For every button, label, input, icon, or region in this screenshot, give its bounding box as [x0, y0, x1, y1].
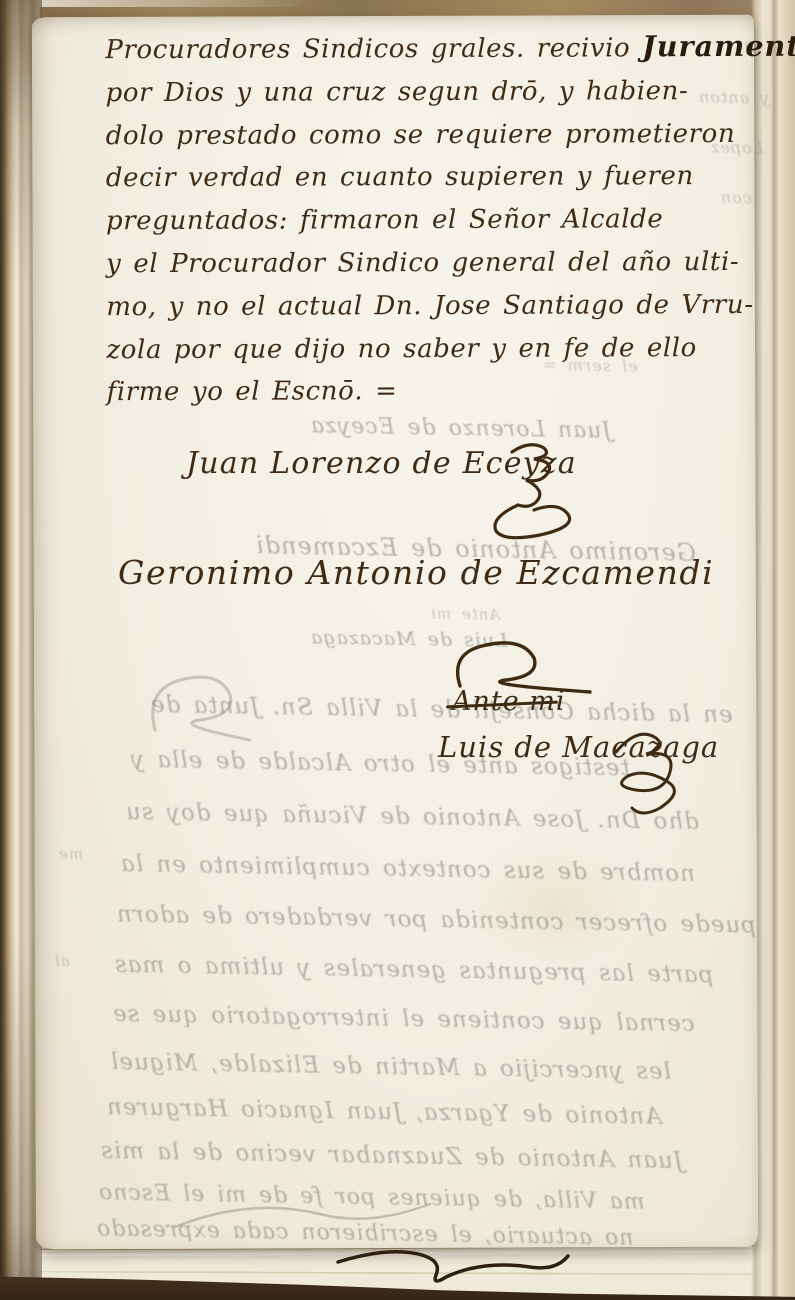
text-line: preguntados: firmaron el Señor Alcalde — [106, 198, 778, 243]
next-page-flourish — [330, 1242, 580, 1292]
text-line-start: Procuradores Sindicos grales. recivio — [105, 33, 642, 65]
bleedthrough-fragment: al — [54, 952, 70, 970]
emphasized-word: Juramento — [642, 29, 795, 64]
text-line: decir verdad en cuanto supieren y fueren — [106, 155, 778, 200]
bleedthrough-fragment: me — [58, 845, 83, 863]
body-text: Procuradores Sindicos grales. recivio Ju… — [105, 25, 778, 415]
bleedthrough-flourish — [140, 660, 260, 750]
signature-geronimo-antonio-de-ezcamendi: Geronimo Antonio de Ezcamendi — [118, 553, 714, 592]
text-line: y el Procurador Sindico general del año … — [106, 241, 778, 286]
manuscript-photo: { "document": { "kind": "Handwritten Spa… — [0, 0, 795, 1300]
rubric-flourish-macazaga — [602, 722, 712, 822]
text-line: zola por que dijo no saber y en fe de el… — [106, 326, 778, 371]
rubric-flourish-eceyza — [492, 438, 612, 548]
text-line: dolo prestado como se requiere prometier… — [106, 112, 778, 157]
bleedthrough-swash — [170, 1192, 440, 1237]
text-line: Procuradores Sindicos grales. recivio Ju… — [105, 25, 777, 72]
text-line: mo, y no el actual Dn. Jose Santiago de … — [106, 284, 778, 329]
text-line: por Dios y una cruz segun drō, y habien- — [105, 70, 777, 115]
text-line: firme yo el Escnō. = — [107, 369, 779, 414]
bleedthrough-line: Ante mi — [430, 604, 500, 623]
